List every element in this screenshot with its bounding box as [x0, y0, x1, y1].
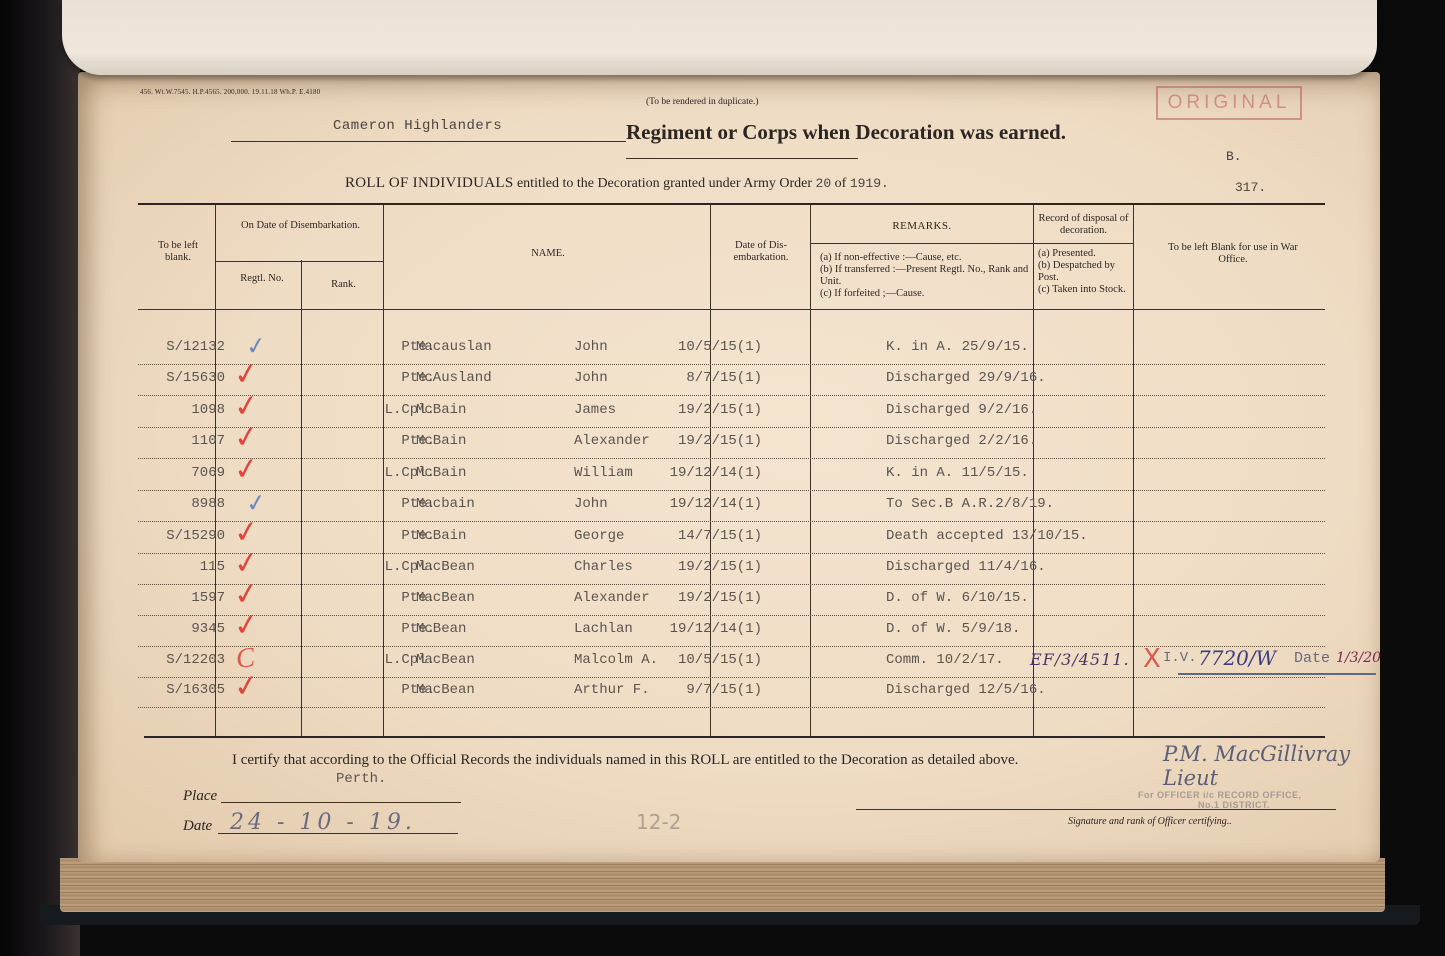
disembarkation-date: 19/2/15(1)	[652, 559, 762, 575]
forename: James	[574, 402, 616, 418]
regiment-underline	[626, 158, 858, 159]
surname: MacBean	[416, 652, 475, 668]
surname: MacBean	[416, 559, 475, 575]
rank-stamp-line-1: For OFFICER i/c RECORD OFFICE,	[1138, 790, 1302, 800]
table-row: ✓8988Pte.MacbainJohn19/12/14(1)To Sec.B …	[138, 491, 1325, 522]
surname: MacBean	[416, 590, 475, 606]
forename: Lachlan	[574, 621, 633, 637]
regtl-no: S/12132	[145, 339, 225, 355]
remarks: D. of W. 6/10/15.	[886, 590, 1029, 606]
header-remarks-a: (a) If non-effective :—Cause, etc.	[820, 252, 1030, 264]
forename: John	[574, 496, 608, 512]
regtl-no: 8988	[145, 496, 225, 512]
header-subrule	[216, 261, 383, 262]
disembarkation-date: 8/7/15(1)	[652, 370, 762, 386]
signature-line	[856, 809, 1336, 810]
table-row: ✓S/15290Pte.McBainGeorge14/7/15(1)Death …	[138, 523, 1325, 554]
surname: Macauslan	[416, 339, 492, 355]
regiment-title: Regiment or Corps when Decoration was ea…	[626, 120, 1066, 145]
disembarkation-date: 19/12/14(1)	[652, 621, 762, 637]
page-stack-edge	[60, 858, 1385, 912]
iv-date-value: 1/3/20	[1336, 650, 1381, 666]
page-number: 317.	[1235, 180, 1266, 195]
surname: McBain	[416, 465, 466, 481]
table-header-rule	[138, 309, 1325, 310]
forename: Arthur F.	[574, 682, 650, 698]
disembarkation-date: 10/5/15(1)	[652, 652, 762, 668]
table-row: ✓S/15630Pte.McAuslandJohn8/7/15(1)Discha…	[138, 365, 1325, 396]
header-regtl-no: Regtl. No.	[228, 273, 296, 285]
disposal-handwritten: EF/3/4511.	[1030, 650, 1130, 669]
table-top-rule	[138, 203, 1325, 205]
surname: McBean	[416, 621, 466, 637]
iv-date-label: Date	[1294, 650, 1330, 667]
roll-title-caps: ROLL OF INDIVIDUALS	[345, 175, 513, 191]
header-disposal-a: (a) Presented.	[1038, 248, 1130, 260]
cross-mark-icon: X	[1143, 644, 1161, 674]
header-disposal-b: (b) Despatched by Post.	[1038, 260, 1130, 284]
table-row: ✓1107Pte.McBainAlexander19/2/15(1)Discha…	[138, 428, 1325, 459]
regtl-no: 9345	[145, 621, 225, 637]
check-mark-icon: ✓	[232, 452, 261, 487]
surname: McBain	[416, 528, 466, 544]
remarks: D. of W. 5/9/18.	[886, 621, 1020, 637]
date-line	[218, 833, 458, 834]
previous-page-curl	[62, 0, 1377, 75]
disembarkation-date: 19/12/14(1)	[652, 496, 762, 512]
date-value: 24 - 10 - 19.	[230, 810, 416, 835]
check-mark-icon: ✓	[232, 420, 261, 455]
army-order-year: 1919.	[850, 176, 889, 191]
remarks: Discharged 11/4/16.	[886, 559, 1046, 575]
remarks: K. in A. 11/5/15.	[886, 465, 1029, 481]
forename: John	[574, 339, 608, 355]
header-remarks-c: (c) If forfeited ;—Cause.	[820, 288, 1030, 300]
header-disposal-c: (c) Taken into Stock.	[1038, 284, 1130, 296]
signature-caption: Signature and rank of Officer certifying…	[1068, 816, 1232, 827]
roll-title-of: of	[831, 176, 850, 191]
remarks: Discharged 9/2/16.	[886, 402, 1037, 418]
regtl-no: S/12203	[145, 652, 225, 668]
disembarkation-date: 10/5/15(1)	[652, 339, 762, 355]
header-subrule	[1034, 243, 1133, 244]
date-label: Date	[183, 818, 212, 835]
check-mark-icon: ✓	[232, 357, 261, 392]
surname: Macbain	[416, 496, 475, 512]
forename: Charles	[574, 559, 633, 575]
rank-stamp: For OFFICER i/c RECORD OFFICE, No.1 DIST…	[1138, 790, 1302, 810]
army-order-number: 20	[816, 176, 832, 191]
regiment-line	[231, 141, 626, 142]
check-mark-icon: ✓	[232, 608, 261, 643]
place-value: Perth.	[336, 771, 386, 787]
remarks: Comm. 10/2/17.	[886, 652, 1004, 668]
duplicate-note: (To be rendered in duplicate.)	[646, 97, 759, 107]
certification-text: I certify that according to the Official…	[232, 752, 1018, 769]
remarks: Discharged 2/2/16.	[886, 433, 1037, 449]
officer-signature: P.M. MacGillivray Lieut	[1163, 742, 1380, 790]
regiment-name: Cameron Highlanders	[333, 118, 502, 134]
iv-number: 7720/W	[1198, 646, 1276, 670]
disembarkation-date: 19/12/14(1)	[652, 465, 762, 481]
remarks: K. in A. 25/9/15.	[886, 339, 1029, 355]
header-war-office: To be left Blank for use in War Office.	[1168, 242, 1298, 266]
surname: McBain	[416, 433, 466, 449]
row-dotted-rule	[138, 707, 1325, 708]
book-binding	[0, 0, 80, 956]
forename: William	[574, 465, 633, 481]
place-line	[221, 802, 461, 803]
regtl-no: S/15630	[145, 370, 225, 386]
regtl-no: 1098	[145, 402, 225, 418]
row-dotted-rule	[138, 521, 1325, 522]
regtl-no: 7069	[145, 465, 225, 481]
pencil-note: 12-2	[636, 810, 681, 834]
surname: McAusland	[416, 370, 492, 386]
header-remarks: REMARKS.	[813, 220, 1031, 232]
check-mark-icon: ✓	[232, 669, 261, 704]
surname: McBain	[416, 402, 466, 418]
iv-underline	[1178, 673, 1376, 675]
roll-title-rest: entitled to the Decoration granted under…	[513, 176, 815, 191]
print-code: 456. Wt.W.7545. H.P.4565. 200,000. 19.11…	[140, 88, 320, 96]
roll-page: 456. Wt.W.7545. H.P.4565. 200,000. 19.11…	[78, 72, 1380, 862]
section-mark: B.	[1226, 149, 1242, 164]
table-bottom-rule	[144, 736, 1325, 738]
disembarkation-date: 14/7/15(1)	[652, 528, 762, 544]
header-disembarkation-group: On Date of Disembarkation.	[228, 220, 373, 232]
place-label: Place	[183, 788, 217, 805]
disembarkation-date: 19/2/15(1)	[652, 402, 762, 418]
forename: Malcolm A.	[574, 652, 658, 668]
table-row: ✓S/16305Pte.MacBeanArthur F.9/7/15(1)Dis…	[138, 677, 1325, 708]
header-remarks-b: (b) If transferred :—Present Regtl. No.,…	[820, 264, 1030, 288]
table-row: ✓1098L.Cpl.McBainJames19/2/15(1)Discharg…	[138, 397, 1325, 428]
header-rank: Rank.	[306, 279, 381, 291]
forename: Alexander	[574, 433, 650, 449]
header-disposal: Record of disposal of decoration.	[1035, 213, 1132, 237]
regtl-no: 1107	[145, 433, 225, 449]
table-row: ✓1597Pte.MacBeanAlexander19/2/15(1)D. of…	[138, 585, 1325, 616]
roll-title: ROLL OF INDIVIDUALS entitled to the Deco…	[345, 175, 889, 192]
header-name: NAME.	[388, 248, 708, 260]
iv-label: I.V.	[1163, 650, 1197, 666]
forename: John	[574, 370, 608, 386]
remarks: Death accepted 13/10/15.	[886, 528, 1088, 544]
regtl-no: 115	[145, 559, 225, 575]
regtl-no: S/15290	[145, 528, 225, 544]
disembarkation-date: 19/2/15(1)	[652, 433, 762, 449]
table-row: ✓7069L.Cpl.McBainWilliam19/12/14(1)K. in…	[138, 460, 1325, 491]
surname: MacBean	[416, 682, 475, 698]
table-row: ✓S/12132Pte.MacauslanJohn10/5/15(1)K. in…	[138, 334, 1325, 365]
regtl-no: S/16305	[145, 682, 225, 698]
remarks: Discharged 29/9/16.	[886, 370, 1046, 386]
header-subrule	[811, 243, 1033, 244]
row-dotted-rule	[138, 395, 1325, 396]
header-date-disembarkation: Date of Dis- embarkation.	[715, 240, 807, 264]
remarks: To Sec.B A.R.2/8/19.	[886, 496, 1054, 512]
disembarkation-date: 9/7/15(1)	[652, 682, 762, 698]
remarks: Discharged 12/5/16.	[886, 682, 1046, 698]
disembarkation-date: 19/2/15(1)	[652, 590, 762, 606]
row-dotted-rule	[138, 458, 1325, 459]
regtl-no: 1597	[145, 590, 225, 606]
table-row: ✓9345Pte.McBeanLachlan19/12/14(1)D. of W…	[138, 616, 1325, 647]
forename: George	[574, 528, 624, 544]
original-stamp: ORIGINAL	[1156, 86, 1302, 120]
forename: Alexander	[574, 590, 650, 606]
table-row: ✓115L.Cpl.MacBeanCharles19/2/15(1)Discha…	[138, 554, 1325, 585]
header-blank: To be left blank.	[144, 240, 212, 264]
